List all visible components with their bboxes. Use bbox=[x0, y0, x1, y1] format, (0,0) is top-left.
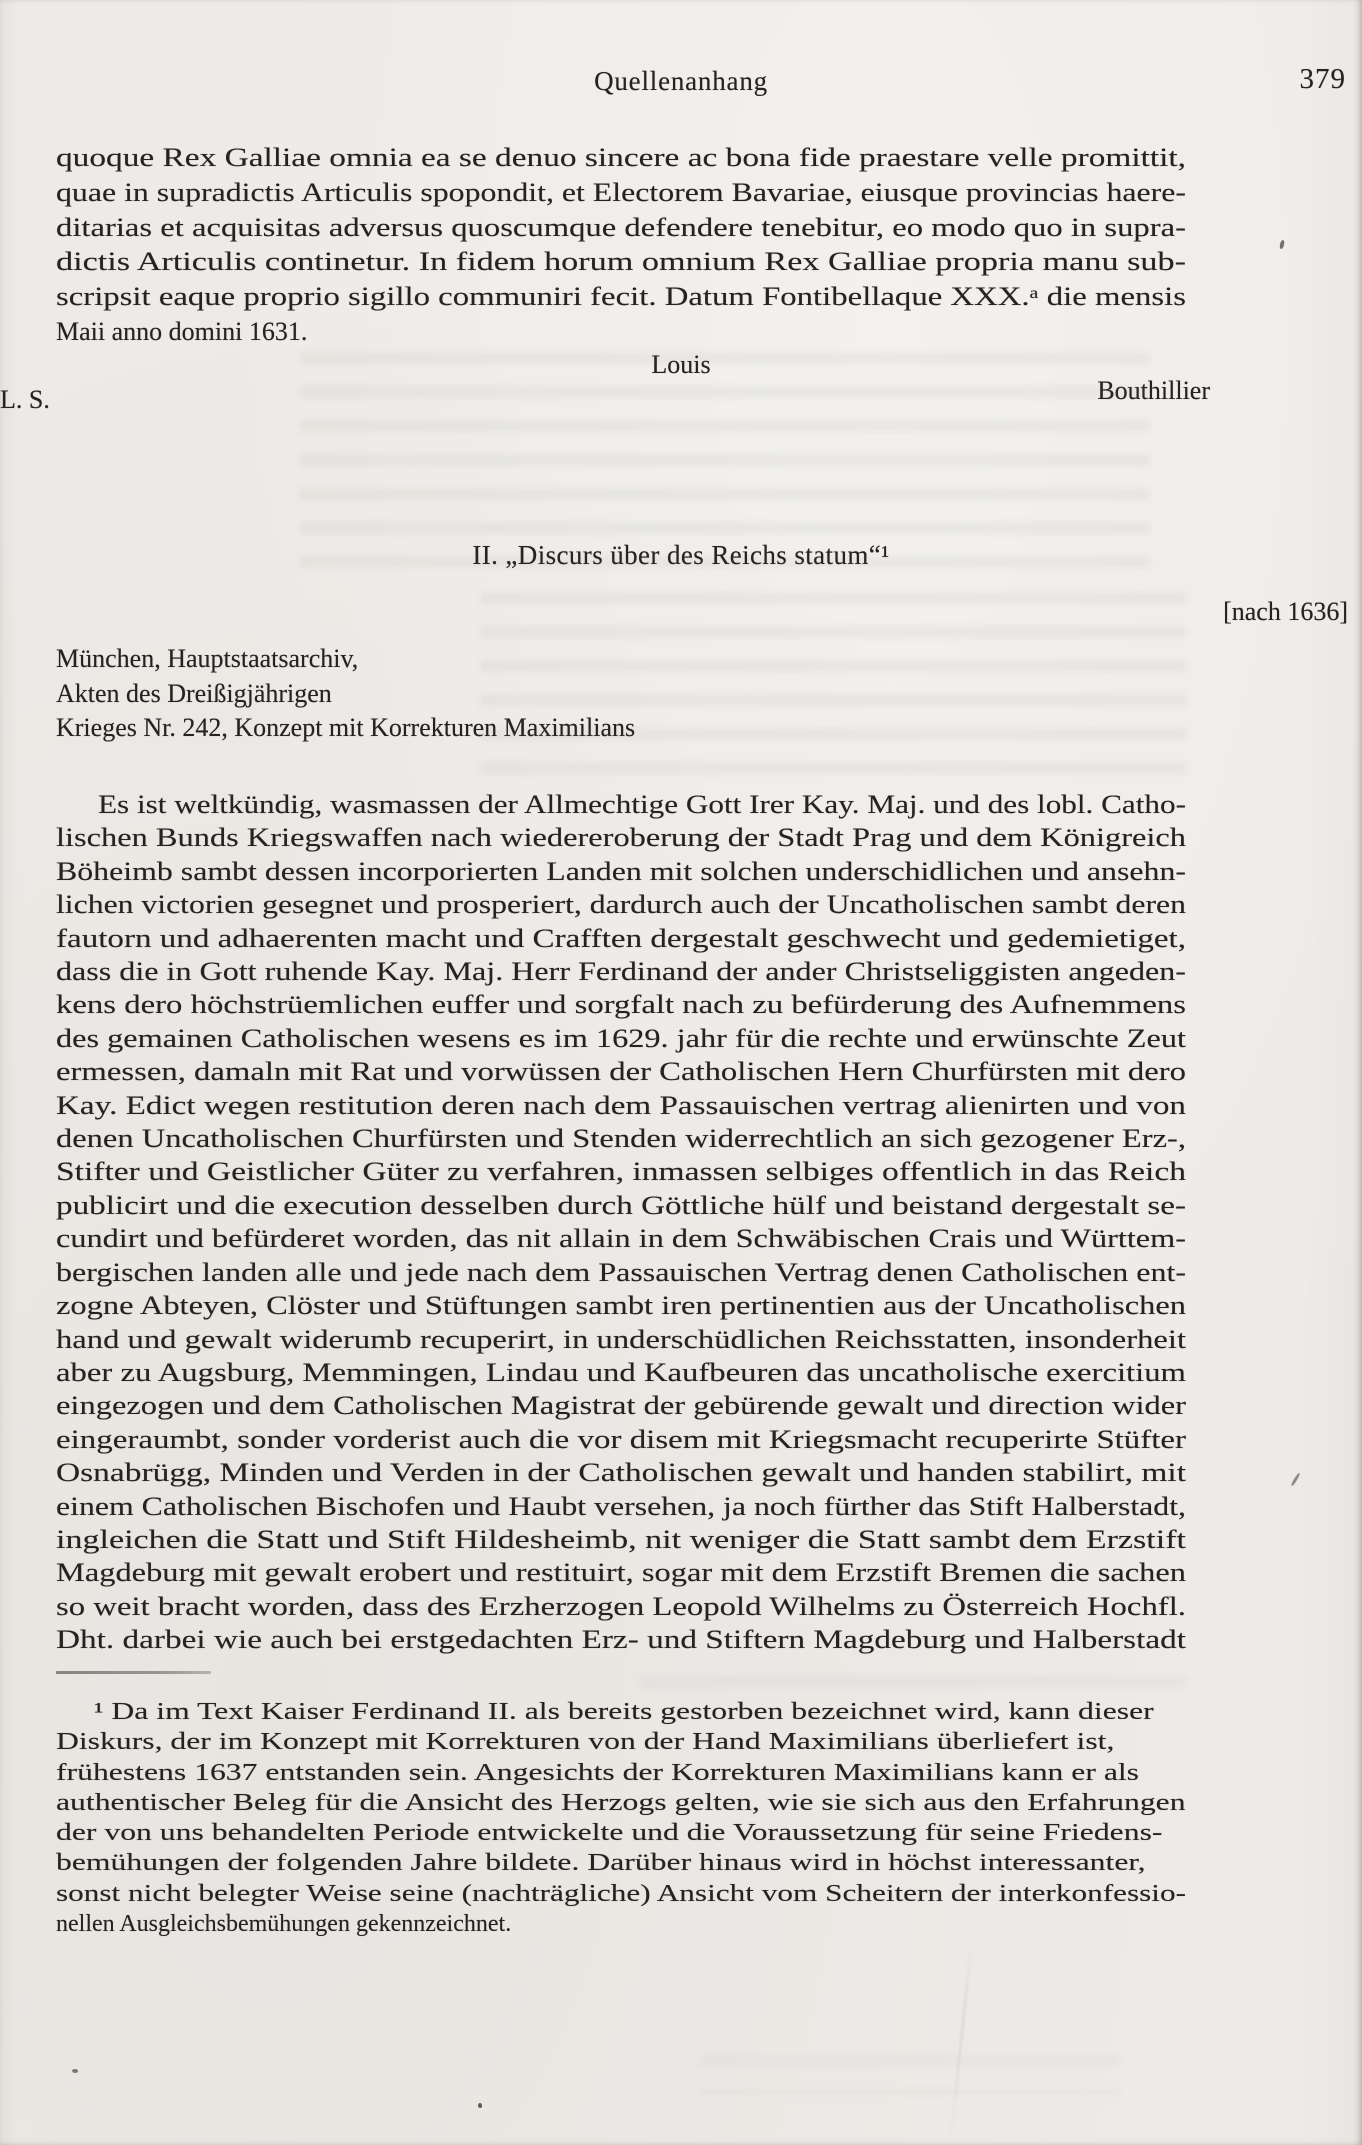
text-line-content: bemühungen der folgenden Jahre bildete. … bbox=[56, 1848, 1146, 1878]
text-line-content: ditarias et acquisitas adversus quoscumq… bbox=[56, 211, 1186, 246]
text-line-content: quae in supradictis Articulis spopondit,… bbox=[56, 176, 1186, 211]
paper-crease bbox=[949, 1940, 972, 2144]
text-line: Stifter und Geistlicher Güter zu verfahr… bbox=[56, 1155, 1186, 1188]
text-line-content: denen Uncatholischen Churfürsten und Ste… bbox=[56, 1122, 1186, 1155]
body-paragraph: Es ist weltkündig, wasmassen der Allmech… bbox=[56, 788, 1186, 1657]
text-line: nellen Ausgleichsbemühungen gekennzeichn… bbox=[56, 1909, 1186, 1939]
text-line-content: zogne Abteyen, Clöster und Stüftungen sa… bbox=[56, 1289, 1186, 1322]
text-line: authentischer Beleg für die Ansicht des … bbox=[56, 1788, 1186, 1818]
text-line: bemühungen der folgenden Jahre bildete. … bbox=[56, 1848, 1186, 1878]
scanned-page: Quellenanhang 379 quoque Rex Galliae omn… bbox=[0, 0, 1362, 2145]
text-line-content: nellen Ausgleichsbemühungen gekennzeichn… bbox=[56, 1909, 511, 1939]
text-line-content: Stifter und Geistlicher Güter zu verfahr… bbox=[56, 1155, 1186, 1188]
text-line: hand und gewalt widerumb recuperirt, in … bbox=[56, 1323, 1186, 1356]
text-line-content: so weit bracht worden, dass des Erzherzo… bbox=[56, 1590, 1186, 1623]
footnote-separator-rule bbox=[56, 1671, 211, 1674]
ink-speck bbox=[478, 2103, 482, 2108]
section-heading: II. „Discurs über des Reichs statum“¹ bbox=[0, 540, 1362, 571]
text-line-content: lichen victorien gesegnet und prosperier… bbox=[56, 888, 1186, 921]
text-line-content: kens dero höchstrüemlichen euffer und so… bbox=[56, 988, 1186, 1021]
text-line-content: scripsit eaque proprio sigillo communiri… bbox=[56, 280, 1186, 315]
text-line-content: authentischer Beleg für die Ansicht des … bbox=[56, 1788, 1186, 1818]
text-line-content: hand und gewalt widerumb recuperirt, in … bbox=[56, 1323, 1186, 1356]
text-line-content: Magdeburg mit gewalt erobert und restitu… bbox=[56, 1556, 1186, 1589]
text-line-content: lischen Bunds Kriegswaffen nach wiederer… bbox=[56, 821, 1186, 854]
text-line-content: dass die in Gott ruhende Kay. Maj. Herr … bbox=[56, 955, 1186, 988]
text-line: publicirt und die execution desselben du… bbox=[56, 1189, 1186, 1222]
text-line-content: Osnabrügg, Minden und Verden in der Cath… bbox=[56, 1456, 1186, 1489]
text-line: bergischen landen alle und jede nach dem… bbox=[56, 1256, 1186, 1289]
text-line: aber zu Augsburg, Memmingen, Lindau und … bbox=[56, 1356, 1186, 1389]
text-line: ¹ Da im Text Kaiser Ferdinand II. als be… bbox=[56, 1697, 1186, 1727]
signature-bouthillier: Bouthillier bbox=[1097, 376, 1210, 406]
text-line-content: des gemainen Catholischen wesens es im 1… bbox=[56, 1022, 1186, 1055]
text-line-content: dictis Articulis continetur. In fidem ho… bbox=[56, 245, 1186, 280]
text-line: Dht. darbei wie auch bei erstgedachten E… bbox=[56, 1623, 1186, 1656]
text-line: Magdeburg mit gewalt erobert und restitu… bbox=[56, 1556, 1186, 1589]
text-line-content: cundirt und befürderet worden, das nit a… bbox=[56, 1222, 1186, 1255]
ink-speck bbox=[72, 2069, 78, 2073]
text-line-content: Krieges Nr. 242, Konzept mit Korrekturen… bbox=[56, 711, 635, 746]
text-line: ditarias et acquisitas adversus quoscumq… bbox=[56, 211, 1186, 246]
text-line: Krieges Nr. 242, Konzept mit Korrekturen… bbox=[56, 711, 1186, 746]
text-line: Es ist weltkündig, wasmassen der Allmech… bbox=[56, 788, 1186, 821]
text-line: zogne Abteyen, Clöster und Stüftungen sa… bbox=[56, 1289, 1186, 1322]
text-line-content: publicirt und die execution desselben du… bbox=[56, 1189, 1186, 1222]
text-line: quae in supradictis Articulis spopondit,… bbox=[56, 176, 1186, 211]
footnote-paragraph: ¹ Da im Text Kaiser Ferdinand II. als be… bbox=[56, 1697, 1186, 1939]
ink-speck bbox=[1279, 240, 1285, 250]
text-line: scripsit eaque proprio sigillo communiri… bbox=[56, 280, 1186, 315]
text-line-content: der von uns behandelten Periode entwicke… bbox=[56, 1818, 1162, 1848]
text-line-content: Maii anno domini 1631. bbox=[56, 315, 307, 350]
text-line-content: Dht. darbei wie auch bei erstgedachten E… bbox=[56, 1623, 1186, 1656]
text-line: sonst nicht belegter Weise seine (nachtr… bbox=[56, 1879, 1186, 1909]
text-line-content: aber zu Augsburg, Memmingen, Lindau und … bbox=[56, 1356, 1186, 1389]
archive-source-block: München, Hauptstaatsarchiv,Akten des Dre… bbox=[56, 642, 1186, 746]
text-line: Kay. Edict wegen restitution deren nach … bbox=[56, 1089, 1186, 1122]
text-line: München, Hauptstaatsarchiv, bbox=[56, 642, 1186, 677]
page-number: 379 bbox=[1300, 63, 1347, 96]
text-line: frühestens 1637 entstanden sein. Angesic… bbox=[56, 1758, 1186, 1788]
text-line: lichen victorien gesegnet und prosperier… bbox=[56, 888, 1186, 921]
text-line: dass die in Gott ruhende Kay. Maj. Herr … bbox=[56, 955, 1186, 988]
ink-speck bbox=[1290, 1472, 1300, 1486]
text-line: cundirt und befürderet worden, das nit a… bbox=[56, 1222, 1186, 1255]
text-line: Osnabrügg, Minden und Verden in der Cath… bbox=[56, 1456, 1186, 1489]
text-line-content: einem Catholischen Bischofen und Haubt v… bbox=[56, 1490, 1186, 1523]
text-line-content: fautorn und adhaerenten macht und Crafft… bbox=[56, 922, 1186, 955]
latin-paragraph: quoque Rex Galliae omnia ea se denuo sin… bbox=[56, 141, 1186, 350]
text-line-content: ermessen, damaln mit Rat und vorwüssen d… bbox=[56, 1055, 1186, 1088]
text-line: der von uns behandelten Periode entwicke… bbox=[56, 1818, 1186, 1848]
text-line: eingeraumbt, sonder vorderist auch die v… bbox=[56, 1423, 1186, 1456]
text-line-content: Kay. Edict wegen restitution deren nach … bbox=[56, 1089, 1186, 1122]
text-line: so weit bracht worden, dass des Erzherzo… bbox=[56, 1590, 1186, 1623]
text-line: denen Uncatholischen Churfürsten und Ste… bbox=[56, 1122, 1186, 1155]
text-line: Maii anno domini 1631. bbox=[56, 315, 1186, 350]
date-note: [nach 1636] bbox=[1223, 597, 1348, 627]
text-line-content: eingeraumbt, sonder vorderist auch die v… bbox=[56, 1423, 1186, 1456]
text-line: lischen Bunds Kriegswaffen nach wiederer… bbox=[56, 821, 1186, 854]
text-line-content: München, Hauptstaatsarchiv, bbox=[56, 642, 358, 677]
text-line: Diskurs, der im Konzept mit Korrekturen … bbox=[56, 1727, 1186, 1757]
text-line-content: ¹ Da im Text Kaiser Ferdinand II. als be… bbox=[94, 1697, 1154, 1727]
text-line: dictis Articulis continetur. In fidem ho… bbox=[56, 245, 1186, 280]
text-line-content: Diskurs, der im Konzept mit Korrekturen … bbox=[56, 1727, 1114, 1757]
text-line: Böheimb sambt dessen incorporierten Land… bbox=[56, 855, 1186, 888]
text-line-content: bergischen landen alle und jede nach dem… bbox=[56, 1256, 1186, 1289]
text-line: quoque Rex Galliae omnia ea se denuo sin… bbox=[56, 141, 1186, 176]
text-line: ingleichen die Statt und Stift Hildeshei… bbox=[56, 1523, 1186, 1556]
running-header: Quellenanhang bbox=[0, 66, 1362, 97]
text-line: eingezogen und dem Catholischen Magistra… bbox=[56, 1389, 1186, 1422]
text-line-content: Böheimb sambt dessen incorporierten Land… bbox=[56, 855, 1186, 888]
text-line-content: eingezogen und dem Catholischen Magistra… bbox=[56, 1389, 1186, 1422]
text-line-content: ingleichen die Statt und Stift Hildeshei… bbox=[56, 1523, 1186, 1556]
text-line-content: Akten des Dreißigjährigen bbox=[56, 677, 332, 712]
text-line-content: frühestens 1637 entstanden sein. Angesic… bbox=[56, 1758, 1139, 1788]
text-line: ermessen, damaln mit Rat und vorwüssen d… bbox=[56, 1055, 1186, 1088]
signature-ls: L. S. bbox=[0, 385, 50, 415]
text-line: fautorn und adhaerenten macht und Crafft… bbox=[56, 922, 1186, 955]
text-line: einem Catholischen Bischofen und Haubt v… bbox=[56, 1490, 1186, 1523]
text-line-content: quoque Rex Galliae omnia ea se denuo sin… bbox=[56, 141, 1186, 176]
text-line-content: Es ist weltkündig, wasmassen der Allmech… bbox=[98, 788, 1186, 821]
show-through-artifact bbox=[700, 2055, 1120, 2095]
text-line-content: sonst nicht belegter Weise seine (nachtr… bbox=[56, 1879, 1186, 1909]
text-line: kens dero höchstrüemlichen euffer und so… bbox=[56, 988, 1186, 1021]
text-line: des gemainen Catholischen wesens es im 1… bbox=[56, 1022, 1186, 1055]
text-line: Akten des Dreißigjährigen bbox=[56, 677, 1186, 712]
